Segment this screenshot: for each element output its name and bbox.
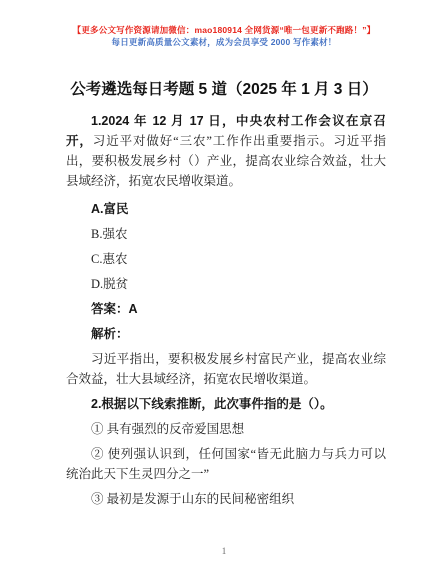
question-2-stem: 2.根据以下线索推断，此次事件指的是（）。 — [66, 394, 386, 414]
option-b: B.强农 — [66, 224, 386, 244]
promo-line-blue: 每日更新高质量公文素材，成为会员享受 2000 写作素材！ — [0, 37, 448, 49]
document-page: 【更多公文写作资源请加微信：mao180914 全网货源“唯一包更新不跑路！”】… — [0, 0, 448, 580]
option-a: A.富民 — [66, 199, 386, 219]
clue-item-1: ① 具有强烈的反帝爱国思想 — [66, 419, 386, 439]
question-1-stem: 1.2024 年 12 月 17 日，中央农村工作会议在京召开，习近平对做好“三… — [66, 111, 386, 191]
answer-line: 答案：A — [66, 299, 386, 319]
promo-line-red: 【更多公文写作资源请加微信：mao180914 全网货源“唯一包更新不跑路！”】 — [0, 25, 448, 37]
promo-header: 【更多公文写作资源请加微信：mao180914 全网货源“唯一包更新不跑路！”】… — [0, 0, 448, 48]
clue-item-3: ③ 最初是发源于山东的民间秘密组织 — [66, 489, 386, 509]
analysis-heading: 解析： — [66, 324, 386, 344]
clue-item-2: ② 使列强认识到，任何国家“皆无此脑力与兵力可以统治此天下生灵四分之一” — [66, 444, 386, 484]
option-c: C.惠农 — [66, 249, 386, 269]
page-title: 公考遴选每日考题 5 道（2025 年 1 月 3 日） — [0, 79, 448, 101]
document-body: 1.2024 年 12 月 17 日，中央农村工作会议在京召开，习近平对做好“三… — [66, 111, 386, 509]
question-1-stem-rest: 习近平对做好“三农”工作作出重要指示。习近平指出，要积极发展乡村（）产业，提高农… — [66, 134, 386, 188]
analysis-text: 习近平指出，要积极发展乡村富民产业，提高农业综合效益，壮大县域经济，拓宽农民增收… — [66, 349, 386, 389]
option-d: D.脱贫 — [66, 274, 386, 294]
page-number: 1 — [0, 546, 448, 556]
